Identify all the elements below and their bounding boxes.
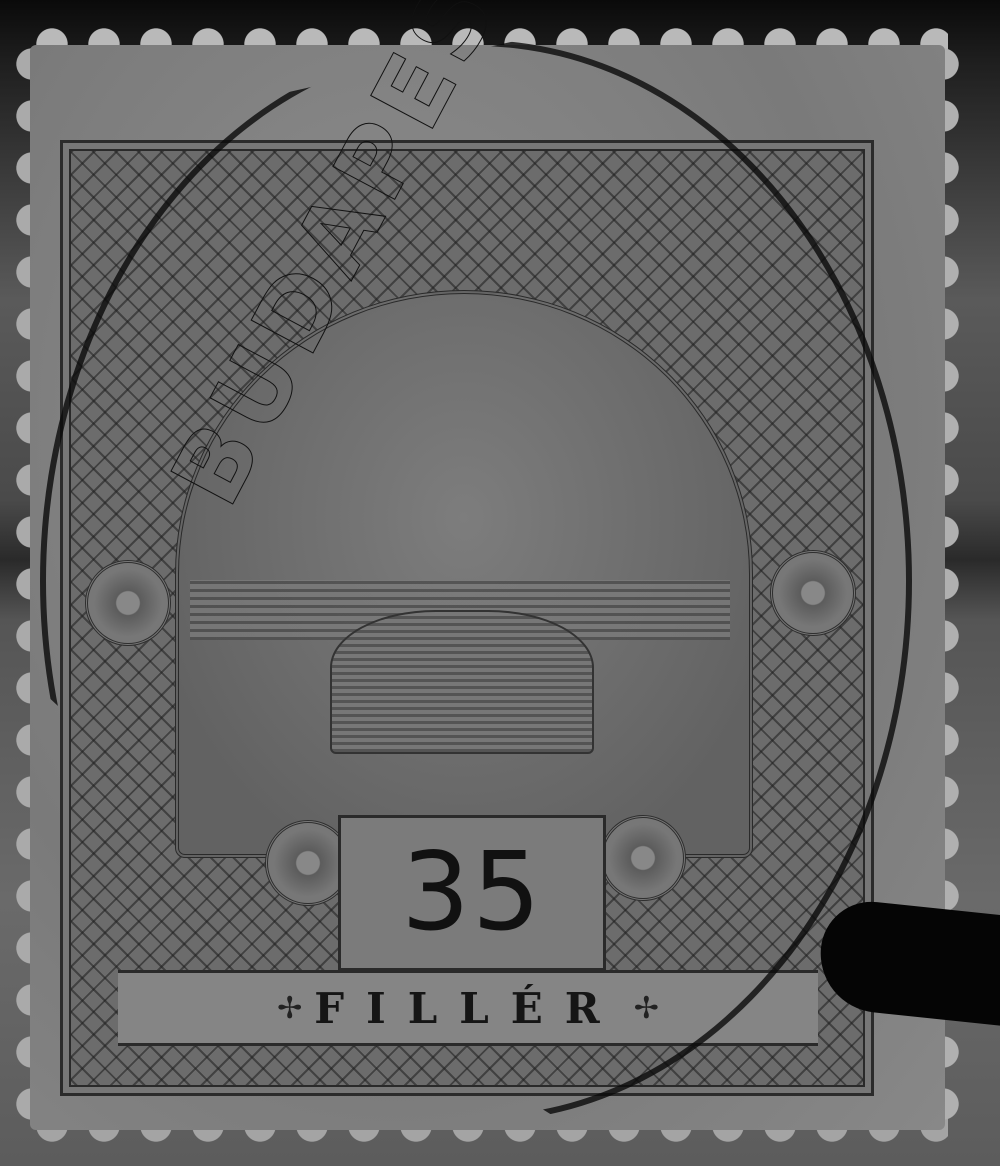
ornament-left-icon: ✢ <box>277 991 302 1026</box>
